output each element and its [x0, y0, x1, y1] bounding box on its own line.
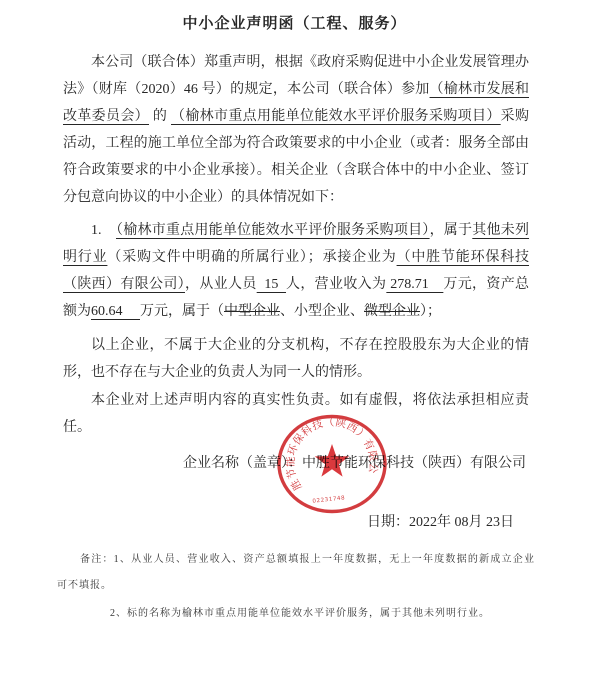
text-run-plain: 、小型企业、 — [280, 304, 364, 319]
text-run-strike: 中型企业 — [224, 304, 280, 319]
paragraph-declaration-basis: 本公司（联合体）郑重声明，根据《政府采购促进中小企业发展管理办法》（财库（202… — [63, 49, 529, 211]
text-run-strike: 微型企业 — [364, 304, 420, 319]
text-run-plain: ，从业人员 — [185, 277, 257, 292]
seal-serial-number: 02231748 — [312, 495, 345, 504]
text-run-u: 278.71 — [386, 277, 443, 292]
text-run-u: （榆林市重点用能单位能效水平评价服务采购项目） — [116, 223, 430, 238]
seal-star-icon — [315, 444, 349, 477]
text-run-u: 60.64 — [91, 304, 140, 319]
text-run-plain: ）； — [420, 304, 441, 319]
footnote-1: 备注：1、从业人员、营业收入、资产总额填报上一年度数据，无上一年度数据的新成立企… — [57, 547, 535, 599]
paragraph-not-large-enterprise: 以上企业，不属于大企业的分支机构，不存在控股股东为大企业的情形，也不存在与大企业… — [63, 332, 529, 386]
text-run-plain: 人，营业收入为 — [286, 277, 386, 292]
text-run-u: （榆林市重点用能单位能效水平评价服务采购项目） — [171, 109, 501, 124]
text-run-plain: 1. — [91, 223, 116, 238]
page-title: 中小企业声明函（工程、服务） — [0, 12, 589, 33]
text-run-plain: ，属于 — [430, 223, 473, 238]
text-run-plain: 万元，属于（ — [140, 304, 224, 319]
paragraph-enterprise-details: 1. （榆林市重点用能单位能效水平评价服务采购项目），属于其他未列明行业（采购文… — [63, 217, 529, 325]
declaration-document-page: 中小企业声明函（工程、服务） 本公司（联合体）郑重声明，根据《政府采购促进中小企… — [0, 0, 589, 681]
company-seal-stamp: 中胜节能环保科技（陕西）有限公司 02231748 — [267, 402, 397, 527]
footnote-2: 2、标的名称为榆林市重点用能单位能效水平评价服务，属于其他未列明行业。 — [110, 601, 540, 627]
text-run-plain: （采购文件中明确的所属行业）；承接企业为 — [107, 250, 396, 265]
text-run-u: 15 — [257, 277, 286, 292]
text-run-plain: 的 — [149, 109, 171, 124]
